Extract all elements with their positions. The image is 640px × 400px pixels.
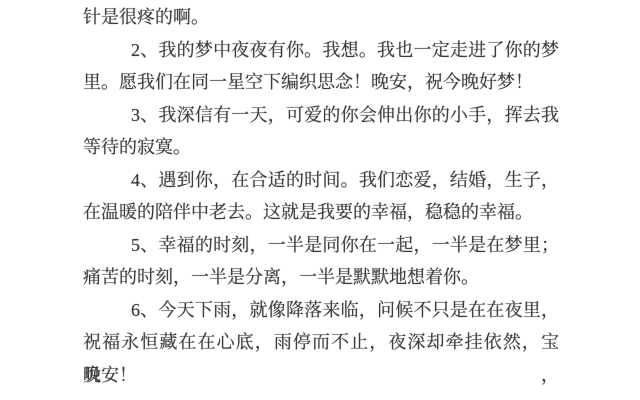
text-line: 里。愿我们在同一星空下编织思念！晚安，祝今晚好梦！: [83, 66, 559, 99]
paragraph: 3、我深信有一天，可爱的你会伸出你的小手，挥去我等待的寂寞。: [83, 99, 559, 164]
text-line: 在温暖的陪伴中老去。这就是我要的幸福，稳稳的幸福。: [83, 196, 559, 229]
document-page: 针是很疼的啊。2、我的梦中夜夜有你。我想。我也一定走进了你的梦里。愿我们在同一星…: [0, 0, 640, 400]
text-line: 6、今天下雨，就像降落来临，问候不只是在在夜里，: [83, 294, 559, 327]
text-line: 痛苦的时刻，一半是分离，一半是默默地想着你。: [83, 261, 559, 294]
text-line: 针是很疼的啊。: [83, 1, 559, 34]
paragraph: 4、遇到你，在合适的时间。我们恋爱，结婚，生子，在温暖的陪伴中老去。这就是我要的…: [83, 164, 559, 229]
paragraph: 针是很疼的啊。: [83, 1, 559, 34]
text-line: 4、遇到你，在合适的时间。我们恋爱，结婚，生子，: [83, 164, 559, 197]
paragraph: 6、今天下雨，就像降落来临，问候不只是在在夜里，祝福永恒藏在在心底，雨停而不止，…: [83, 294, 559, 392]
text-line: 2、我的梦中夜夜有你。我想。我也一定走进了你的梦: [83, 34, 559, 67]
text-line: 等待的寂寞。: [83, 131, 559, 164]
paragraph: 5、幸福的时刻，一半是同你在一起，一半是在梦里；痛苦的时刻，一半是分离，一半是默…: [83, 229, 559, 294]
text-block: 针是很疼的啊。2、我的梦中夜夜有你。我想。我也一定走进了你的梦里。愿我们在同一星…: [83, 1, 559, 391]
text-line: 5、幸福的时刻，一半是同你在一起，一半是在梦里；: [83, 229, 559, 262]
text-line: 祝福永恒藏在在心底，雨停而不止，夜深却牵挂依然，宝贝，: [83, 326, 559, 359]
text-line: 3、我深信有一天，可爱的你会伸出你的小手，挥去我: [83, 99, 559, 132]
paragraph: 2、我的梦中夜夜有你。我想。我也一定走进了你的梦里。愿我们在同一星空下编织思念！…: [83, 34, 559, 99]
